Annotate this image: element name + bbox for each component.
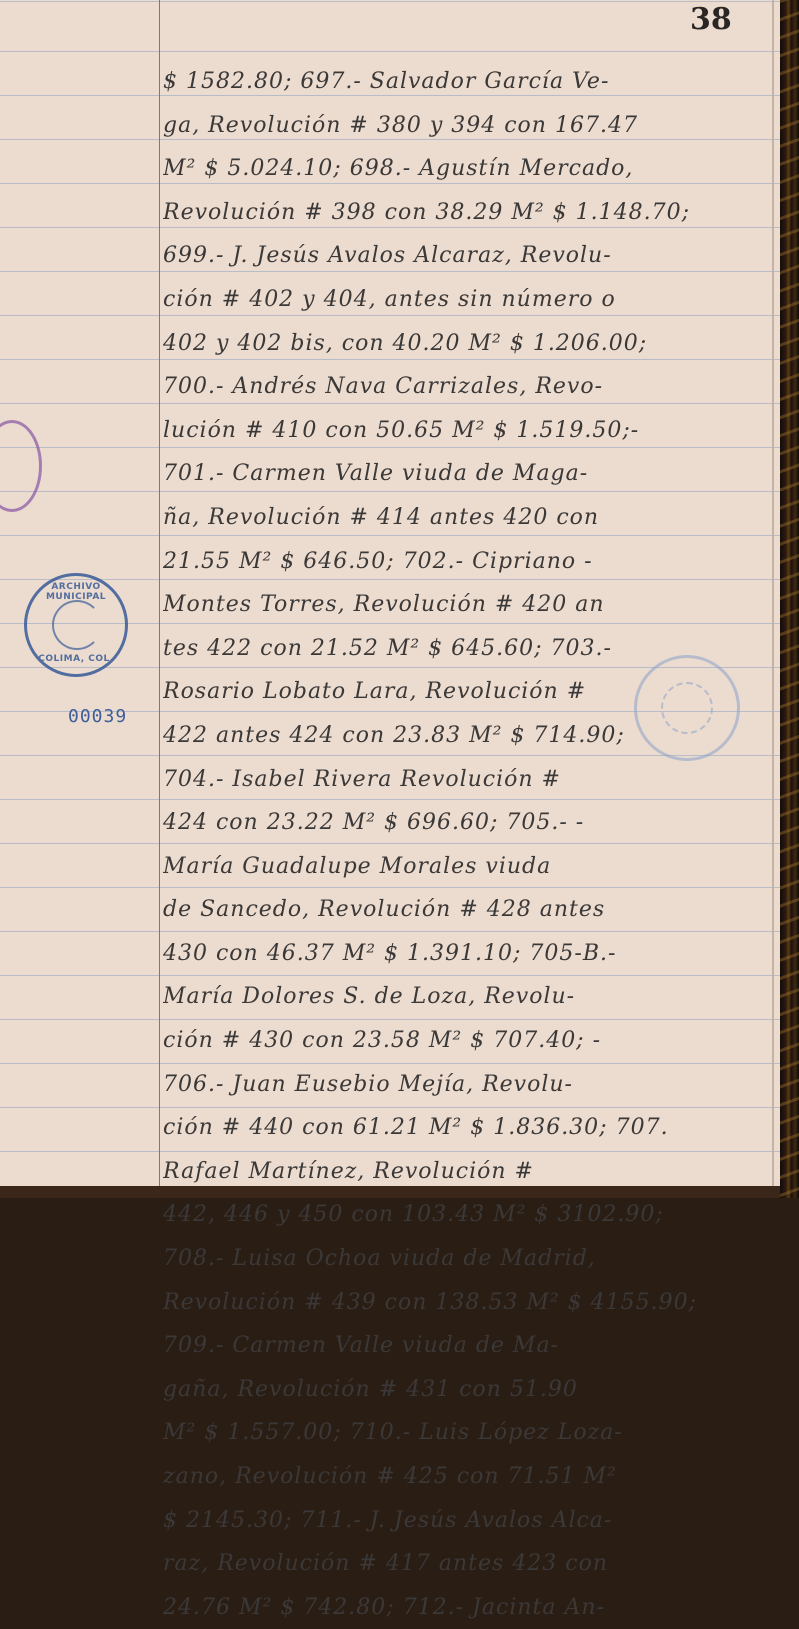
text-line: Rosario Lobato Lara, Revolución #: [163, 670, 773, 714]
book-bottom-edge: [0, 1186, 780, 1198]
archive-stamp-bottom-text: COLIMA, COL.: [37, 654, 115, 664]
text-line: 430 con 46.37 M² $ 1.391.10; 705-B.-: [163, 932, 773, 976]
text-line: 424 con 23.22 M² $ 696.60; 705.- -: [163, 801, 773, 845]
text-line: 706.- Juan Eusebio Mejía, Revolu-: [163, 1063, 773, 1107]
folio-number: 00039: [68, 706, 127, 727]
archive-stamp-inner-ring: [52, 600, 102, 650]
text-line: 402 y 402 bis, con 40.20 M² $ 1.206.00;: [163, 322, 773, 366]
purple-stamp-fragment: [0, 420, 42, 512]
text-line: Revolución # 398 con 38.29 M² $ 1.148.70…: [163, 191, 773, 235]
text-line: ción # 440 con 61.21 M² $ 1.836.30; 707.: [163, 1106, 773, 1150]
text-line: ña, Revolución # 414 antes 420 con: [163, 496, 773, 540]
archive-stamp: ARCHIVO MUNICIPAL COLIMA, COL.: [24, 573, 128, 677]
archive-stamp-top-text: ARCHIVO MUNICIPAL: [37, 582, 115, 602]
text-line: 21.55 M² $ 646.50; 702.- Cipriano -: [163, 540, 773, 584]
text-line: 422 antes 424 con 23.83 M² $ 714.90;: [163, 714, 773, 758]
text-line: ga, Revolución # 380 y 394 con 167.47: [163, 104, 773, 148]
text-line: M² $ 5.024.10; 698.- Agustín Mercado,: [163, 147, 773, 191]
book-binding: [780, 0, 799, 1198]
text-line: María Guadalupe Morales viuda: [163, 845, 773, 889]
text-line: $ 1582.80; 697.- Salvador García Ve-: [163, 60, 773, 104]
text-line: 701.- Carmen Valle viuda de Maga-: [163, 452, 773, 496]
text-line: ción # 402 y 404, antes sin número o: [163, 278, 773, 322]
text-line: lución # 410 con 50.65 M² $ 1.519.50;-: [163, 409, 773, 453]
text-line: de Sancedo, Revolución # 428 antes: [163, 888, 773, 932]
text-line: 699.- J. Jesús Avalos Alcaraz, Revolu-: [163, 234, 773, 278]
page-number: 38: [690, 2, 732, 37]
text-line: 700.- Andrés Nava Carrizales, Revo-: [163, 365, 773, 409]
text-line: tes 422 con 21.52 M² $ 645.60; 703.-: [163, 627, 773, 671]
ledger-page: 38 ARCHIVO MUNICIPAL COLIMA, COL. 00039 …: [0, 0, 780, 1194]
text-line: Montes Torres, Revolución # 420 an: [163, 583, 773, 627]
text-line: ción # 430 con 23.58 M² $ 707.40; -: [163, 1019, 773, 1063]
red-margin-line: [159, 0, 160, 1194]
text-line: María Dolores S. de Loza, Revolu-: [163, 975, 773, 1019]
text-line: 704.- Isabel Rivera Revolución #: [163, 758, 773, 802]
handwritten-entries: $ 1582.80; 697.- Salvador García Ve- ga,…: [163, 60, 773, 1198]
